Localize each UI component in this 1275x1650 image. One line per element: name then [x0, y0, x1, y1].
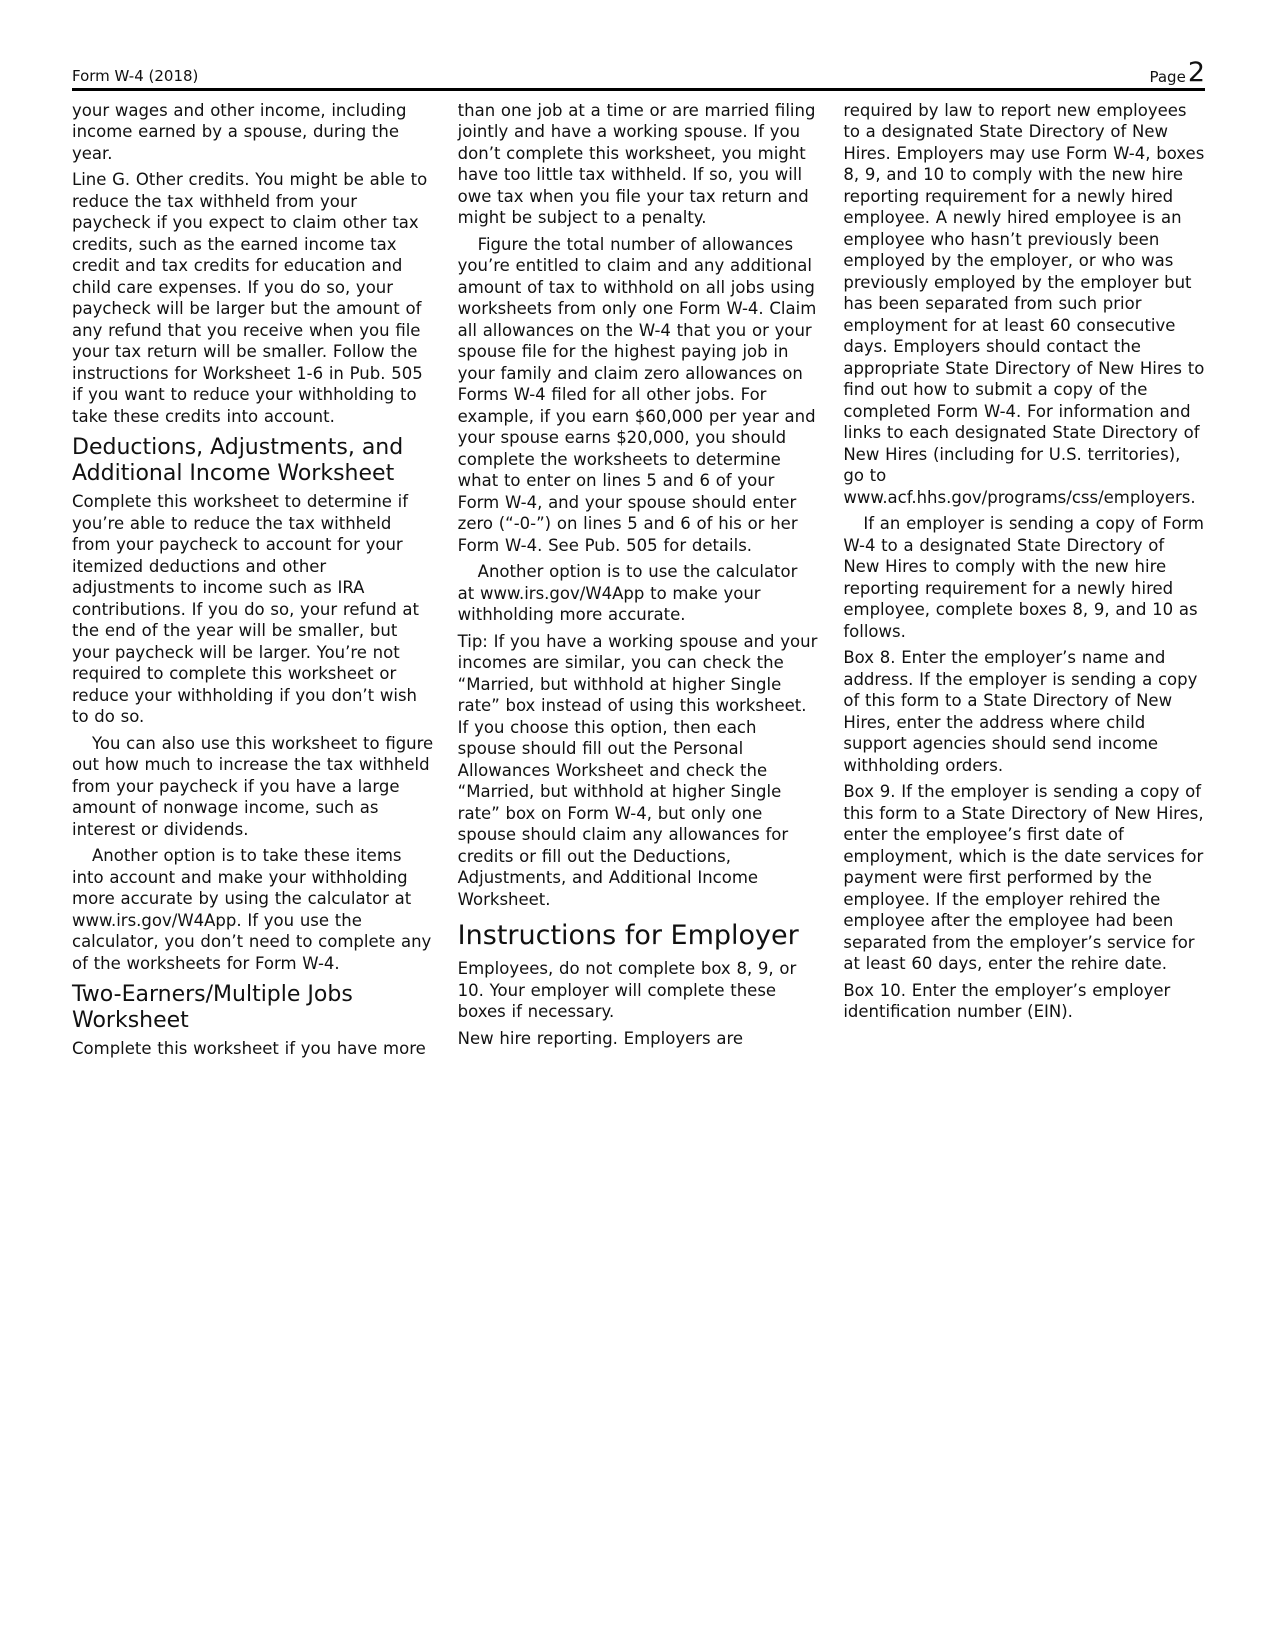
- paragraph-more-than-one-job: than one job at a time or are married fi…: [458, 100, 820, 229]
- paragraph-tip-working-spouse: Tip: If you have a working spouse and yo…: [458, 631, 820, 911]
- document-page: Form W-4 (2018) Page2 your wages and oth…: [0, 0, 1275, 1650]
- heading-instructions-for-employer: Instructions for Employer: [458, 920, 820, 952]
- paragraph-new-hire-reporting: New hire reporting. Employers are: [458, 1028, 820, 1050]
- heading-two-earners-multiple-jobs: Two-Earners/Multiple Jobs Worksheet: [72, 982, 434, 1034]
- paragraph-calculator-w4app: Another option is to use the calculator …: [458, 561, 820, 626]
- paragraph-employer-sending-copy: If an employer is sending a copy of Form…: [843, 513, 1205, 642]
- three-column-layout: your wages and other income, including i…: [72, 100, 1205, 1065]
- paragraph-employees-do-not-complete: Employees, do not complete box 8, 9, or …: [458, 958, 820, 1023]
- paragraph-wages-continuation: your wages and other income, including i…: [72, 100, 434, 165]
- form-id: Form W-4 (2018): [72, 67, 198, 85]
- paragraph-required-by-law: required by law to report new employees …: [843, 100, 1205, 509]
- paragraph-complete-worksheet-determine: Complete this worksheet to determine if …: [72, 491, 434, 728]
- paragraph-box-8: Box 8. Enter the employer’s name and add…: [843, 647, 1205, 776]
- paragraph-line-g-other-credits: Line G. Other credits. You might be able…: [72, 169, 434, 427]
- page-indicator: Page2: [1149, 62, 1205, 85]
- heading-deductions-adjustments-worksheet: Deductions, Adjustments, and Additional …: [72, 435, 434, 487]
- paragraph-box-10: Box 10. Enter the employer’s employer id…: [843, 980, 1205, 1023]
- paragraph-calculator-option: Another option is to take these items in…: [72, 845, 434, 974]
- column-3: required by law to report new employees …: [843, 100, 1205, 1065]
- page-header: Form W-4 (2018) Page2: [72, 62, 1205, 91]
- page-word: Page: [1149, 70, 1185, 85]
- column-2: than one job at a time or are married fi…: [458, 100, 820, 1065]
- paragraph-complete-if-more: Complete this worksheet if you have more: [72, 1038, 434, 1060]
- paragraph-box-9: Box 9. If the employer is sending a copy…: [843, 781, 1205, 975]
- paragraph-figure-total-allowances: Figure the total number of allowances yo…: [458, 234, 820, 557]
- paragraph-increase-tax-withheld: You can also use this worksheet to figur…: [72, 733, 434, 841]
- page-number: 2: [1188, 62, 1205, 85]
- column-1: your wages and other income, including i…: [72, 100, 434, 1065]
